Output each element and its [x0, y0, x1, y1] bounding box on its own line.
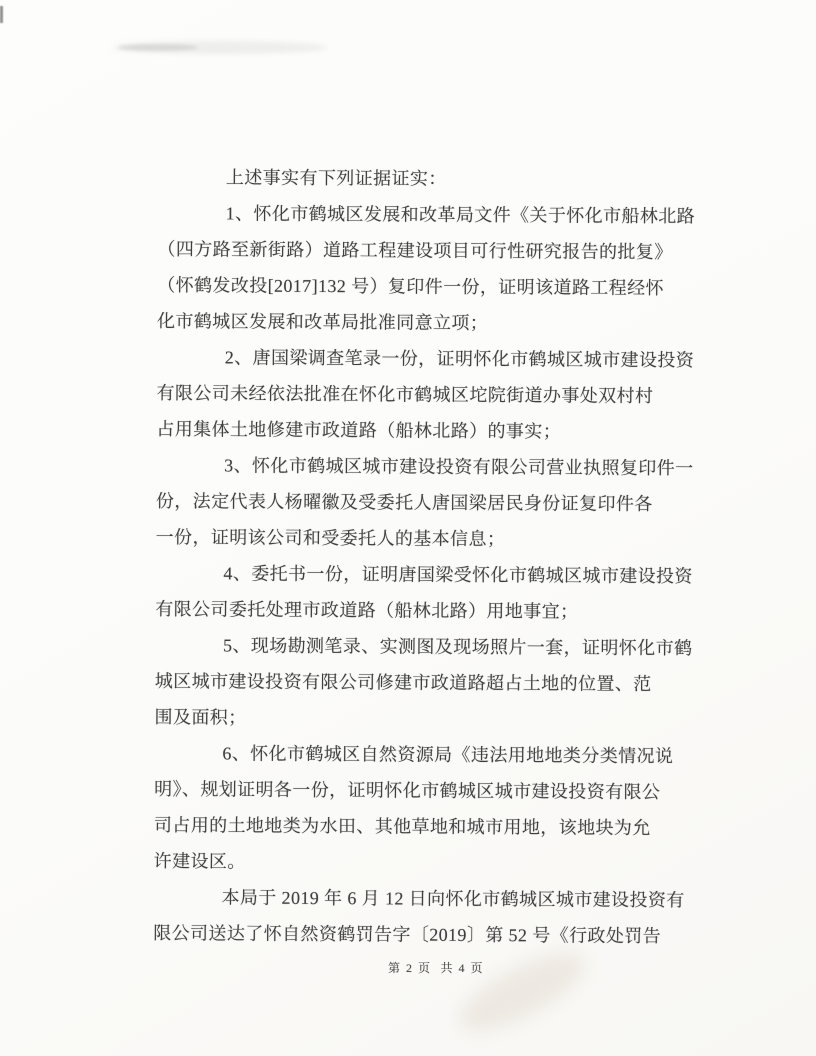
body-line: 明》、规划证明各一份，证明怀化市鹤城区城市建设投资有限公: [154, 771, 698, 810]
body-line: 上述事实有下列证据证实：: [158, 159, 702, 198]
body-line: 有限公司未经依法批准在怀化市鹤城区坨院街道办事处双村村: [156, 375, 700, 414]
body-line: （四方路至新街路）道路工程建设项目可行性研究报告的批复》: [157, 231, 701, 270]
body-line: 1、怀化市鹤城区发展和改革局文件《关于怀化市船林北路: [158, 195, 702, 234]
document-body-text: 上述事实有下列证据证实： 1、怀化市鹤城区发展和改革局文件《关于怀化市船林北路 …: [153, 159, 702, 954]
scan-smudge-bottom: [449, 938, 595, 1046]
body-line: 司占用的土地地类为水田、其他草地和城市用地，该地块为允: [154, 807, 698, 846]
scanned-document-page: 上述事实有下列证据证实： 1、怀化市鹤城区发展和改革局文件《关于怀化市船林北路 …: [0, 0, 816, 1056]
body-line: （怀鹤发改投[2017]132 号）复印件一份，证明该道路工程经怀: [157, 267, 701, 306]
body-line: 3、怀化市鹤城区城市建设投资有限公司营业执照复印件一: [156, 447, 700, 486]
body-line: 6、怀化市鹤城区自然资源局《违法用地地类分类情况说: [154, 735, 698, 774]
body-line: 一份，证明该公司和受委托人的基本信息；: [156, 519, 700, 558]
body-line: 占用集体土地修建市政道路（船林北路）的事实；: [156, 411, 700, 450]
body-line: 2、唐国梁调查笔录一份，证明怀化市鹤城区城市建设投资: [157, 339, 701, 378]
page-number-footer: 第 2 页 共 4 页: [388, 959, 484, 976]
body-line: 城区城市建设投资有限公司修建市政道路超占土地的位置、范: [155, 663, 699, 702]
body-line: 化市鹤城区发展和改革局批准同意立项；: [157, 303, 701, 342]
body-line: 限公司送达了怀自然资鹤罚告字〔2019〕第 52 号《行政处罚告: [153, 915, 697, 954]
body-line: 5、现场勘测笔录、实测图及现场照片一套，证明怀化市鹤: [155, 627, 699, 666]
body-line: 有限公司委托处理市政道路（船林北路）用地事宜；: [155, 591, 699, 630]
body-line: 份，法定代表人杨曜徽及受委托人唐国梁居民身份证复印件各: [156, 483, 700, 522]
body-line: 4、委托书一份，证明唐国梁受怀化市鹤城区城市建设投资: [155, 555, 699, 594]
body-line: 许建设区。: [154, 843, 698, 882]
scan-edge-mark: [0, 6, 3, 23]
body-line: 本局于 2019 年 6 月 12 日向怀化市鹤城区城市建设投资有: [153, 879, 697, 918]
scan-smudge-top-core: [118, 44, 198, 51]
body-line: 围及面积；: [154, 699, 698, 738]
